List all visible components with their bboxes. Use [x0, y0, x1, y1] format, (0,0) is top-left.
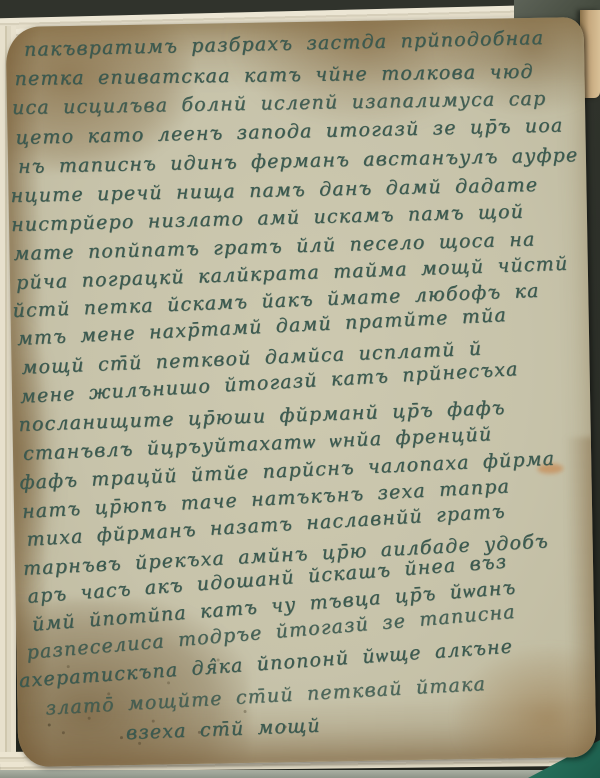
table-surface-strip — [0, 770, 600, 778]
manuscript-line-25: взеха ст̄й мощй — [126, 715, 322, 744]
manuscript-line-4: цето като леенъ запода итогазй зе цр̄ъ и… — [15, 115, 563, 149]
manuscript-page: пакъвратимъ разбрахъ застда прйподобнаа … — [6, 17, 597, 767]
manuscript-line-2: петка епиватскаа катъ чйне толкова чюд — [14, 61, 533, 90]
manuscript-photo: пакъвратимъ разбрахъ застда прйподобнаа … — [0, 0, 600, 778]
manuscript-line-3: иса исцилъва болнй ислепй изапалимуса са… — [12, 88, 547, 119]
handwritten-text: пакъвратимъ разбрахъ застда прйподобнаа … — [6, 17, 597, 767]
manuscript-line-1: пакъвратимъ разбрахъ застда прйподобнаа — [24, 27, 545, 61]
manuscript-line-5: нъ таписнъ идинъ ферманъ австанъулъ ауфр… — [18, 144, 579, 178]
